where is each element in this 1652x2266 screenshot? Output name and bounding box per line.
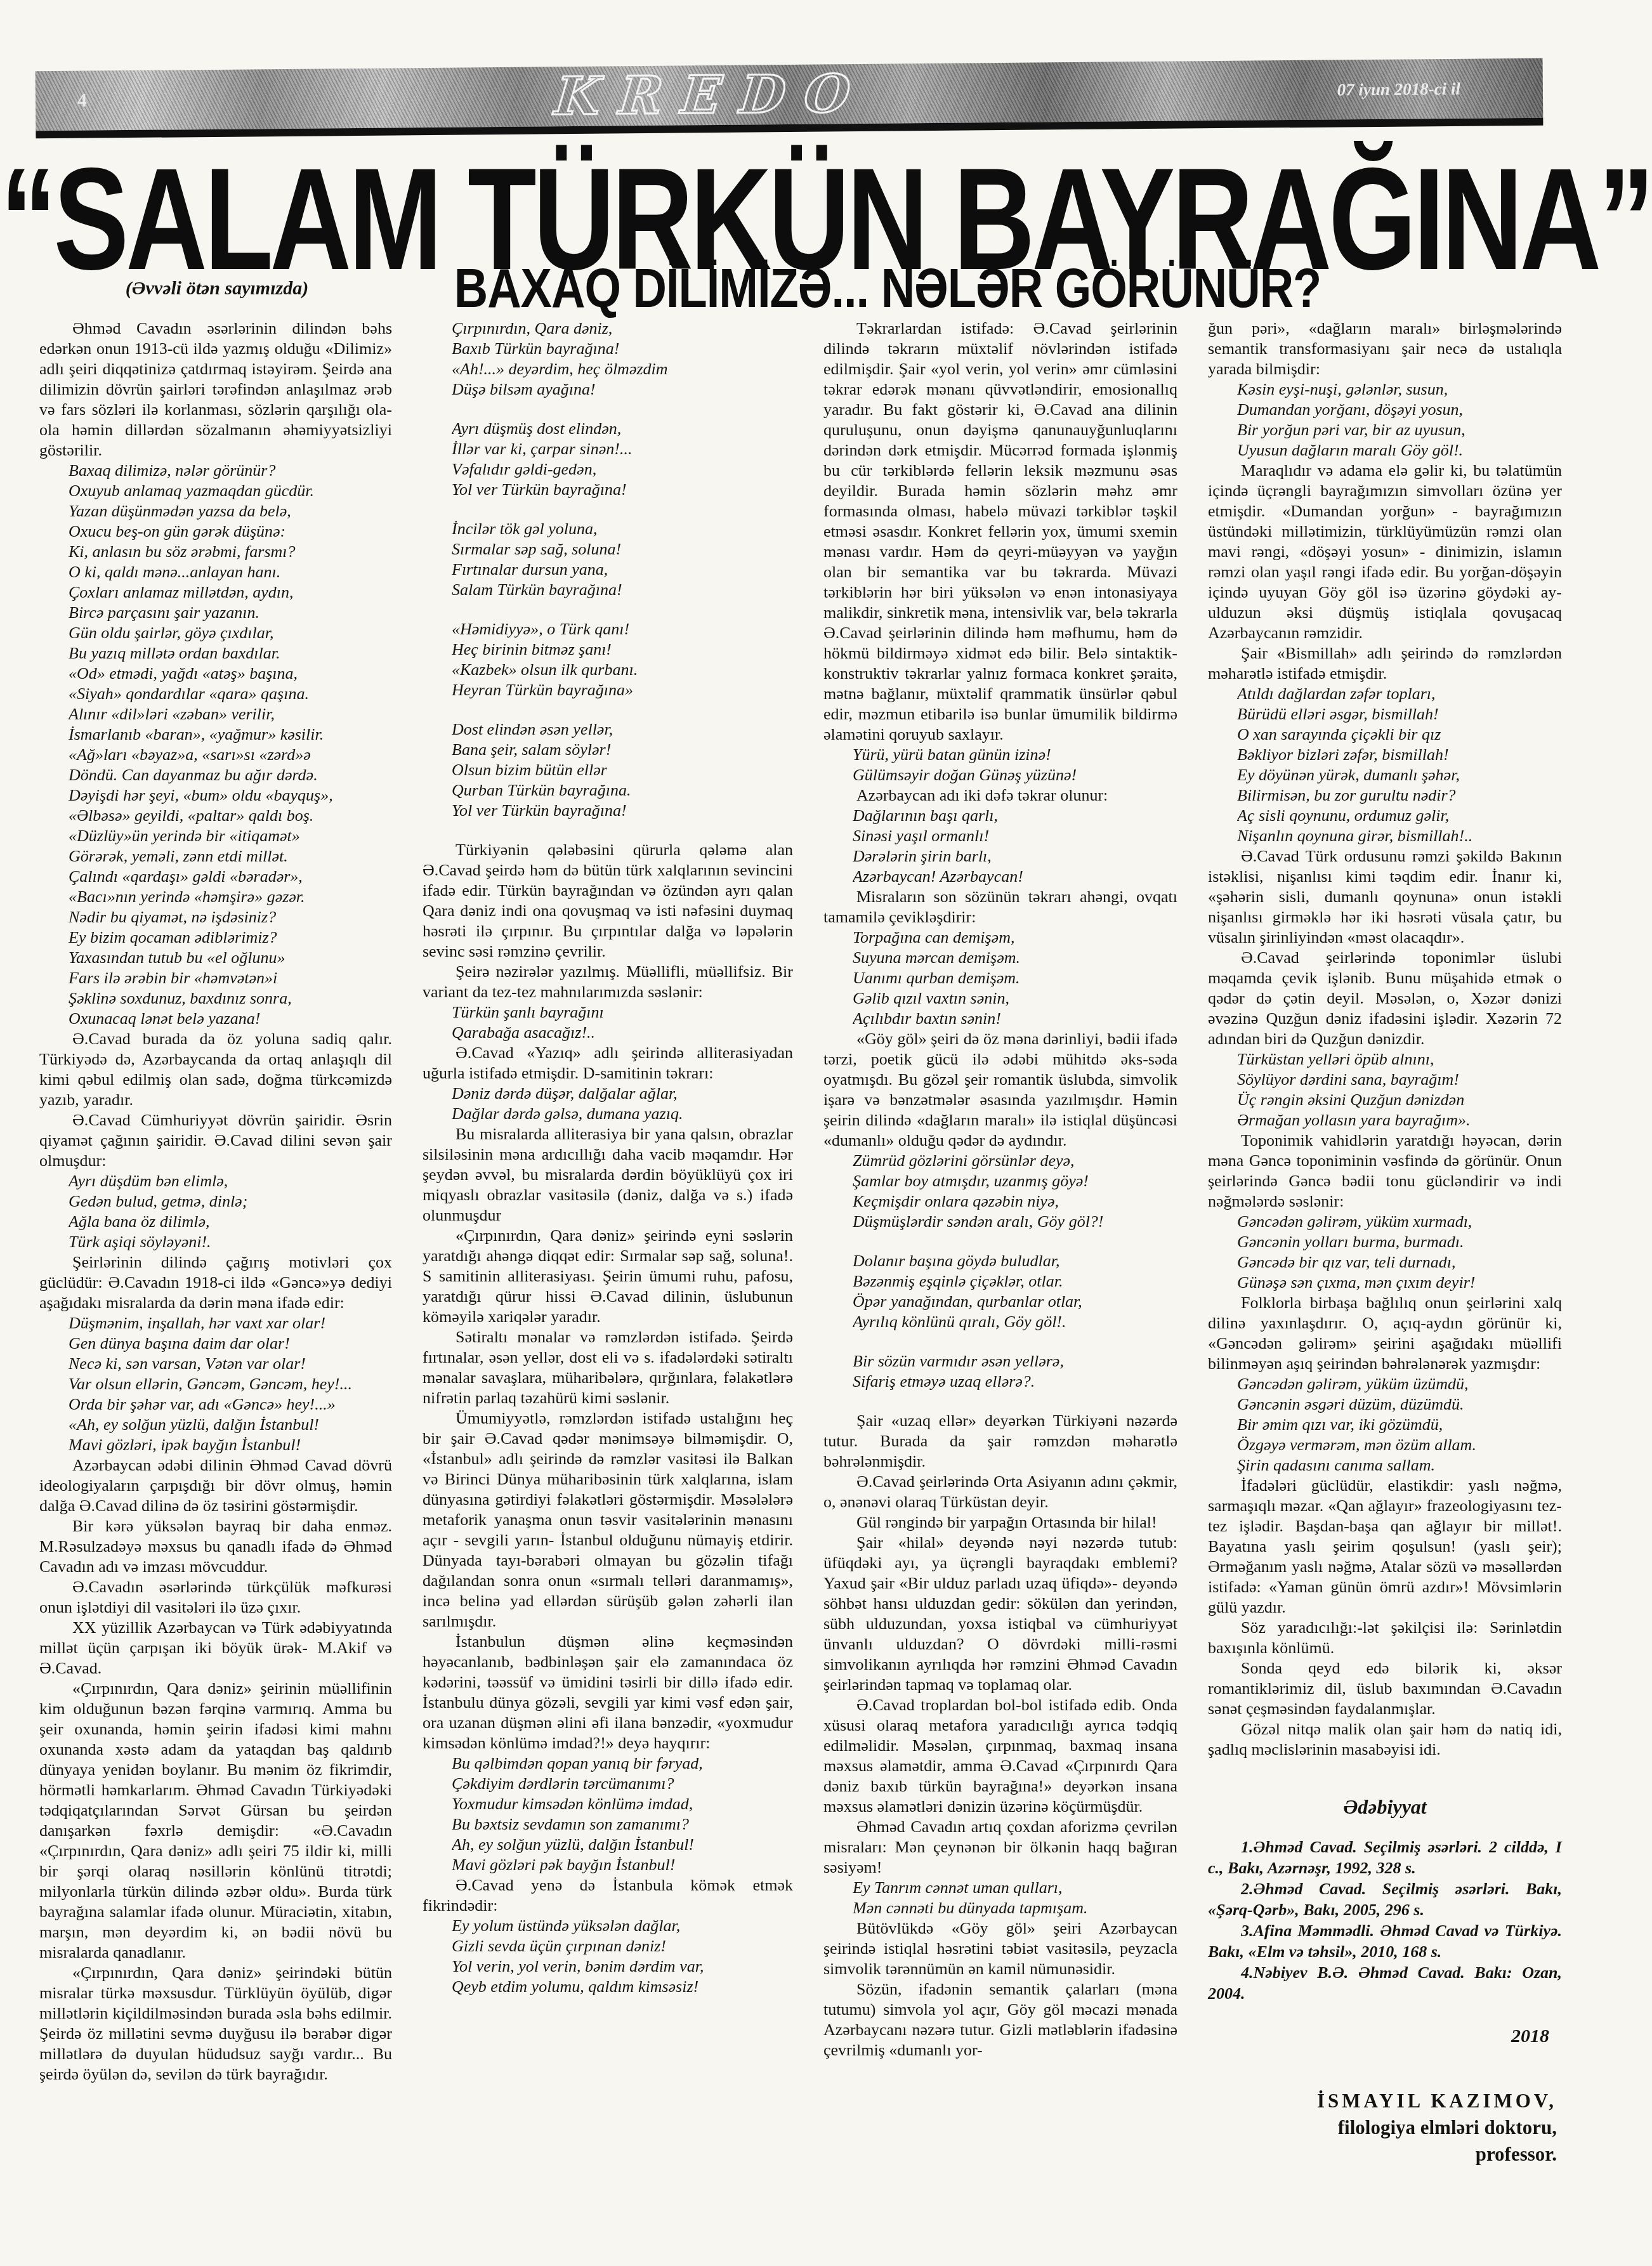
poem-line: Yol verin, yol verin, bənim dərdim var, [452,1956,793,1977]
article-paragraph: Ümumiyyətlə, rəmzlərdən istifadə ustalığ… [423,1408,793,1632]
poem-line: Ağla bana öz dilimlə, [69,1212,392,1232]
poem-line: Necə ki, sən varsan, Vətən var olar! [69,1354,392,1374]
poem-line: «Bacı»nın yerində «həmşirə» gəzər. [69,887,392,907]
poem-line: «Od» etmədi, yağdı «atəş» başına, [69,664,392,684]
poem-line: Dumandan yorğanı, döşəyi yosun, [1237,400,1562,420]
article-column-2: Çırpınırdın, Qara dəniz,Baxıb Türkün bay… [423,318,793,2168]
article-paragraph: Ə.Cavad Türk ordusunu rəmzi şəkildə Bakı… [1208,846,1562,948]
poem-line: Döndü. Can dayanmaz bu ağır dərdə. [69,765,392,785]
poem-line: Ah, ey solğun yüzlü, dalğın İstanbul! [452,1835,793,1855]
signature-line: İSMAYIL KAZIMOV, [1208,2088,1557,2114]
poem-line: Bircə parçasını şair yazanın. [69,603,392,623]
article-paragraph: Şeirə nəzirələr yazılmış. Müəllifli, müə… [423,962,793,1002]
poem-line: Türkün şanlı bayrağını [452,1002,793,1023]
poem-line: Ki, anlasın bu söz ərəbmi, farsmı? [69,542,392,562]
poem-stanza: Bir sözün varmıdır əsən yellərə,Sifariş … [853,1351,1177,1392]
poem-line: Uyusun dağların maralı Göy göl!. [1237,440,1562,461]
poem-line: Yol ver Türkün bayrağına! [452,480,793,500]
article-paragraph: Bütövlükdə «Göy göl» şeiri Azərbaycan şe… [823,1918,1177,1979]
article-paragraph: Azərbaycan ədəbi dilinin Əhməd Cavad döv… [39,1455,392,1516]
poem-line: Bürüdü elləri əsgər, bismillah! [1237,704,1562,724]
poem-line: Qarabağa asacağız!.. [452,1023,793,1043]
article-paragraph: Şair «uzaq ellər» deyərkən Türkiyəni nəz… [823,1411,1177,1472]
poem-line: Bu qəlbimdən qopan yanıq bir fəryad, [452,1753,793,1774]
poem-line: Ey bizim qocaman ədiblərimiz? [69,927,392,948]
article-paragraph: Şair «Bismillah» adlı şeirində də rəmzlə… [1208,643,1562,684]
poem-line: Gəncənin yolları burma, burmadı. [1237,1232,1562,1252]
poem-line: Qeyb etdim yolumu, qaldım kimsəsiz! [452,1977,793,1997]
poem-line: Gəncədən gəlirəm, yüküm üzümdü, [1237,1374,1562,1394]
poem-line: Gen dünya başına daim dar olar! [69,1333,392,1354]
poem-stanza: Baxaq dilimizə, nələr görünür?Oxuyub anl… [69,461,392,1029]
poem-stanza: Gəncədən gəlirəm, yüküm üzümdü,Gəncənin … [1237,1374,1562,1476]
poem-line: Çalındı «qardaşı» gəldi «bəradər», [69,867,392,887]
article-paragraph: Şeirlərinin dilində çağırış motivləri ço… [39,1252,392,1313]
poem-line: Orda bir şəhər var, adı «Gəncə» hey!...» [69,1394,392,1415]
poem-line: Dərələrin şirin barlı, [853,846,1177,867]
article-paragraph: Folklorla birbaşa bağlılıq onun şeirləri… [1208,1293,1562,1374]
poem-stanza: Çırpınırdın, Qara dəniz,Baxıb Türkün bay… [452,318,793,400]
poem-line: Suyuna mərcan demişəm. [853,948,1177,968]
poem-stanza: Zümrüd gözlərini görsünlər deyə,Şamlar b… [853,1151,1177,1232]
poem-stanza: Dost elindən əsən yellər,Bana şeir, sala… [452,719,793,821]
poem-line: Bir yorğun pəri var, bir az uyusun, [1237,420,1562,440]
poem-line: Fırtınalar dursun yana, [452,560,793,580]
poem-stanza: Düşmənim, inşallah, hər vaxt xar olar!Ge… [69,1313,392,1455]
article-paragraph: Misraların son sözünün təkrarı ahəngi, o… [823,887,1177,927]
poem-line: Sırmalar səp sağ, soluna! [452,539,793,560]
poem-line: Görərək, yeməli, zənn etdi millət. [69,846,392,867]
signature-line: filologiya elmləri doktoru, [1208,2114,1557,2141]
article-paragraph: Şair «hilal» deyəndə nəyi nəzərdə tutub:… [823,1533,1177,1695]
article-column-1: Əhməd Cavadın əsərlərinin dilindən bəhs … [39,318,392,2168]
poem-line: Aç sisli qoynunu, ordumuz gəlir, [1237,806,1562,826]
poem-line: Sifariş etməyə uzaq ellərə?. [853,1372,1177,1392]
poem-line: Bəkliyor bizləri zəfər, bismillah! [1237,745,1562,765]
poem-line: Oxuyub anlamaq yazmaqdan gücdür. [69,481,392,501]
poem-line: Olsun bizim bütün ellər [452,760,793,780]
bibliography-reference: 2.Əhməd Cavad. Seçilmiş əsərləri. Bakı, … [1208,1878,1562,1920]
article-columns: Əhməd Cavadın əsərlərinin dilindən bəhs … [39,318,1562,2168]
article-paragraph: Sözün, ifadənin semantik çalarları (məna… [823,1979,1177,2060]
newspaper-title: KREDO [84,59,1340,131]
poem-line: Şamlar boy atmışdır, uzanmış göyə! [853,1171,1177,1191]
poem-stanza: Ey Tanrım cənnət uman qulları,Mən cənnət… [853,1878,1177,1918]
poem-stanza: Gəncədən gəlirəm, yüküm xurmadı,Gəncənin… [1237,1212,1562,1293]
poem-line: İsmarlanıb «baran», «yağmur» kəsilir. [69,724,392,745]
poem-line: «Həmidiyyə», o Türk qanı! [452,619,793,639]
poem-line: «Kazbek» olsun ilk qurbanı. [452,660,793,680]
poem-stanza: Yürü, yürü batan günün izinə!Gülümsəyir … [853,745,1177,785]
poem-line: Açılıbdır baxtın sənin! [853,1009,1177,1029]
poem-stanza: Türkün şanlı bayrağınıQarabağa asacağız!… [452,1002,793,1043]
poem-line: Torpağına can demişəm, [853,927,1177,948]
poem-line: Heyran Türkün bayrağına» [452,680,793,700]
poem-line: Ayrı düşmüş dost elindən, [452,419,793,439]
poem-line: Alınır «dil»ləri «zəban» verilir, [69,704,392,724]
article-paragraph: Ə.Cavad burada da öz yoluna sadiq qalır.… [39,1029,392,1110]
poem-line: Dağlarının başı qarlı, [853,806,1177,826]
poem-line: Uanımı qurban demişəm. [853,968,1177,988]
bibliography-reference: 4.Nəbiyev B.Ə. Əhməd Cavad. Bakı: Ozan, … [1208,1962,1562,2004]
poem-stanza: Ayrı düşmüş dost elindən,İllər var ki, ç… [452,419,793,500]
poem-line: Yoxmudur kimsədən könlümə imdad, [452,1794,793,1814]
poem-line: Çəkdiyim dərdlərin tərcümanımı? [452,1774,793,1794]
poem-line: Heç birinin bitməz şanı! [452,639,793,660]
article-paragraph: Əhməd Cavadın artıq çoxdan aforizmə çevr… [823,1817,1177,1878]
poem-stanza: Ayrı düşdüm bən elimlə,Gedən bulud, getm… [69,1171,392,1252]
poem-line: Gəncədə bir qız var, teli durnadı, [1237,1252,1562,1273]
poem-line: Var olsun ellərin, Gəncəm, Gəncəm, hey!.… [69,1374,392,1394]
poem-line: Baxıb Türkün bayrağına! [452,339,793,359]
poem-line: Yürü, yürü batan günün izinə! [853,745,1177,765]
article-paragraph: Türkiyənin qələbəsini qürurla qələmə ala… [423,840,793,962]
article-paragraph: «Çırpınırdın, Qara dəniz» şeirinin müəll… [39,1679,392,1963]
newspaper-page: 4 KREDO 07 iyun 2018-ci il “SALAM TÜRKÜN… [0,0,1652,2266]
poem-line: Atıldı dağlardan zəfər topları, [1237,684,1562,704]
poem-line: Türküstan yelləri öpüb alnını, [1237,1049,1562,1070]
article-paragraph: Sonda qeyd edə bilərik ki, əksər romanti… [1208,1658,1562,1719]
article-paragraph: Ə.Cavad «Yazıq» adlı şeirində alliterasi… [423,1043,793,1084]
poem-line: İncilər tök gəl yoluna, [452,519,793,539]
article-paragraph: İstanbulun düşmən əlinə keçməsindən həyə… [423,1632,793,1753]
poem-line: O ki, qaldı mənə...anlayan hanı. [69,562,392,582]
poem-line: Yaxasından tutub bu «el oğlunu» [69,948,392,968]
poem-line: Nədir bu qiyamət, nə işdəsiniz? [69,907,392,927]
article-paragraph: XX yüzillik Azərbaycan və Türk ədəbiyyat… [39,1618,392,1679]
poem-line: Özgəyə vermərəm, mən özüm allam. [1237,1435,1562,1455]
poem-line: Dağlar dərdə gəlsə, dumana yazıq. [452,1104,793,1124]
article-paragraph: «Göy göl» şeiri də öz məna dərinliyi, bə… [823,1029,1177,1151]
poem-line: Şəklinə soxdunuz, baxdınız sonra, [69,988,392,1009]
article-year: 2018 [1208,2026,1562,2047]
poem-stanza: Torpağına can demişəm,Suyuna mərcan demi… [853,927,1177,1029]
article-paragraph: Gül rəngində bir yarpağın Ortasında bir … [823,1512,1177,1533]
article-paragraph: Ə.Cavad Cümhuriyyət dövrün şairidir. Əsr… [39,1110,392,1171]
poem-stanza: Dolanır başına göydə buludlar,Bəzənmiş e… [853,1251,1177,1332]
article-paragraph: «Çırpınırdın, Qara dəniz» şeirindəki büt… [39,1963,392,2085]
poem-line: Azərbaycan! Azərbaycan! [853,867,1177,887]
article-paragraph: Ə.Cavad şeirlərində Orta Asiyanın adını … [823,1472,1177,1512]
poem-line: «Ah, ey solğun yüzlü, dalğın İstanbul! [69,1415,392,1435]
poem-line: «Əlbəsə» geyildi, «paltar» qaldı boş. [69,806,392,826]
poem-stanza: İncilər tök gəl yoluna,Sırmalar səp sağ,… [452,519,793,600]
poem-stanza: «Həmidiyyə», o Türk qanı!Heç birinin bit… [452,619,793,700]
poem-line: Dəyişdi hər şeyi, «bum» oldu «bayquş», [69,785,392,806]
poem-line: O xan sarayında çiçəkli bir qız [1237,724,1562,745]
poem-line: Mən cənnəti bu dünyada tapmışam. [853,1898,1177,1918]
poem-line: Vəfalıdır gəldi-gedən, [452,459,793,480]
article-paragraph: Bir kərə yüksələn bayraq bir daha enməz.… [39,1516,392,1577]
poem-line: «Düzlüy»ün yerində bir «itiqamət» [69,826,392,846]
poem-line: Qurban Türkün bayrağına. [452,780,793,801]
continuation-note: (Əvvəli ötən sayımızda) [42,278,392,299]
bibliography-reference: 1.Əhməd Cavad. Seçilmiş əsərləri. 2 cild… [1208,1837,1562,1878]
poem-line: Ayrı düşdüm bən elimlə, [69,1171,392,1191]
poem-line: Türk aşiqi söyləyəni!. [69,1232,392,1252]
article-paragraph: Ə.Cavadın əsərlərində türkçülük məfkurəs… [39,1577,392,1618]
poem-line: Salam Türkün bayrağına! [452,580,793,600]
poem-line: Ey yolum üstündə yüksələn dağlar, [452,1916,793,1936]
poem-line: Ərmağan yollasın yara bayrağım». [1237,1110,1562,1130]
poem-line: Oxunacaq lənət belə yazana! [69,1009,392,1029]
poem-line: Şirin qadasını canıma sallam. [1237,1455,1562,1476]
poem-stanza: Kəsin eyşi-nuşi, gələnlər, susun,Dumanda… [1237,379,1562,461]
poem-line: Düşmüşlərdir səndən aralı, Göy göl?! [853,1212,1177,1232]
poem-line: Kəsin eyşi-nuşi, gələnlər, susun, [1237,379,1562,400]
poem-line: Gizli sevda üçün çırpınan dəniz! [452,1936,793,1956]
poem-line: Düşmənim, inşallah, hər vaxt xar olar! [69,1313,392,1333]
poem-line: Gülümsəyir doğan Günəş yüzünə! [853,765,1177,785]
poem-line: Çırpınırdın, Qara dəniz, [452,318,793,339]
poem-line: Dolanır başına göydə buludlar, [853,1251,1177,1271]
poem-stanza: Türküstan yelləri öpüb alnını,Söylüyor d… [1237,1049,1562,1130]
poem-line: Bir əmim qızı var, iki gözümdü, [1237,1415,1562,1435]
author-signature: İSMAYIL KAZIMOV,filologiya elmləri dokto… [1208,2088,1562,2168]
poem-line: «Ah!...» deyərdim, heç ölməzdim [452,359,793,379]
poem-line: Düşə bilsəm ayağına! [452,379,793,400]
issue-date: 07 iyun 2018-ci il [1337,79,1461,100]
article-paragraph: Ə.Cavad troplardan bol-bol istifadə edib… [823,1695,1177,1817]
sub-headline: BAXAQ DİLİMİZƏ... NƏLƏR GÖRÜNÜR? [391,256,1384,320]
poem-line: Bu yazıq millətə ordan baxdılar. [69,643,392,664]
poem-line: Gedən bulud, getmə, dinlə; [69,1191,392,1212]
poem-line: Ayrılıq könlünü qıralı, Göy göl!. [853,1312,1177,1332]
poem-line: Bu bəxtsiz sevdamın son zamanımı? [452,1814,793,1835]
article-paragraph: Əhməd Cavadın əsərlərinin dilindən bəhs … [39,318,392,461]
poem-stanza: Ey yolum üstündə yüksələn dağlar,Gizli s… [452,1916,793,1997]
poem-line: Mavi gözləri, ipək bayğın İstanbul! [69,1435,392,1455]
article-paragraph: Təkrarlardan istifadə: Ə.Cavad şeirlərin… [823,318,1177,745]
bibliography-reference: 3.Afina Məmmədli. Əhməd Cavad və Türkiyə… [1208,1920,1562,1962]
poem-line: Günəşə sən çıxma, mən çıxım deyir! [1237,1273,1562,1293]
poem-line: Fars ilə ərəbin bir «həmvətən»i [69,968,392,988]
article-paragraph: Bu misralarda alliterasiya bir yana qals… [423,1124,793,1226]
article-column-4: ğun pəri», «dağların maralı» birləşmələr… [1208,318,1562,2168]
poem-line: Sinəsi yaşıl ormanlı! [853,826,1177,846]
poem-stanza: Dəniz dərdə düşər, dalğalar ağlar,Dağlar… [452,1084,793,1124]
poem-line: Bilirmisən, bu zor gurultu nədir? [1237,785,1562,806]
poem-line: Mavi gözləri pək bayğın İstanbul! [452,1855,793,1875]
poem-line: Baxaq dilimizə, nələr görünür? [69,461,392,481]
poem-line: Çoxları anlamaz millətdən, aydın, [69,582,392,603]
poem-line: Gəlib qızıl vaxtın sənin, [853,988,1177,1009]
poem-stanza: Dağlarının başı qarlı,Sinəsi yaşıl orman… [853,806,1177,887]
poem-line: Ey Tanrım cənnət uman qulları, [853,1878,1177,1898]
article-paragraph: «Çırpınırdın, Qara dəniz» şeirində eyni … [423,1226,793,1327]
article-paragraph: Sətiraltı mənalar və rəmzlərdən istifadə… [423,1327,793,1408]
signature-line: professor. [1208,2141,1557,2168]
article-paragraph: Azərbaycan adı iki dəfə təkrar olunur: [823,785,1177,806]
article-paragraph: Maraqlıdır və adama elə gəlir ki, bu təl… [1208,461,1562,643]
poem-line: Oxucu beş-on gün gərək düşünə: [69,521,392,542]
article-paragraph: Ə.Cavad şeirlərində toponimlər üslubi mə… [1208,948,1562,1049]
poem-line: Öpər yanağından, qurbanlar otlar, [853,1292,1177,1312]
poem-line: Yazan düşünmədən yazsa da belə, [69,501,392,521]
poem-line: Yol ver Türkün bayrağına! [452,801,793,821]
poem-line: Nişanlın qoynuna girər, bismillah!.. [1237,826,1562,846]
poem-line: Keçmişdir onlara qəzəbin niyə, [853,1191,1177,1212]
article-paragraph: Toponimik vahidlərin yaratdığı həyəcan, … [1208,1130,1562,1212]
poem-line: Üç rəngin əksini Quzğun dənizdən [1237,1090,1562,1110]
poem-line: «Ağ»ları «bəyaz»a, «sarı»sı «zərd»ə [69,745,392,765]
poem-line: Ey döyünən yürək, dumanlı şəhər, [1237,765,1562,785]
poem-line: Gəncənin əsgəri düzüm, düzümdü. [1237,1394,1562,1415]
article-column-3: Təkrarlardan istifadə: Ə.Cavad şeirlərin… [823,318,1177,2168]
poem-line: Bir sözün varmıdır əsən yellərə, [853,1351,1177,1372]
poem-stanza: Bu qəlbimdən qopan yanıq bir fəryad,Çəkd… [452,1753,793,1875]
poem-line: Gün oldu şairlər, göyə çıxdılar, [69,623,392,643]
poem-line: Söylüyor dərdini sana, bayrağım! [1237,1070,1562,1090]
article-paragraph: Ə.Cavad yenə də İstanbula kömək etmək fi… [423,1875,793,1916]
poem-line: Gəncədən gəlirəm, yüküm xurmadı, [1237,1212,1562,1232]
poem-line: Bana şeir, salam söylər! [452,740,793,760]
poem-line: Zümrüd gözlərini görsünlər deyə, [853,1151,1177,1171]
poem-line: İllər var ki, çarpar sinən!... [452,439,793,459]
bibliography-heading: Ədəbiyyat [1208,1795,1562,1819]
poem-stanza: Atıldı dağlardan zəfər topları,Bürüdü el… [1237,684,1562,846]
poem-line: Dəniz dərdə düşər, dalğalar ağlar, [452,1084,793,1104]
article-paragraph: Gözəl nitqə malik olan şair həm də natiq… [1208,1719,1562,1760]
article-paragraph: ğun pəri», «dağların maralı» birləşmələr… [1208,318,1562,379]
article-paragraph: Söz yaradıcılığı:-lət şəkilçisi ilə: Sər… [1208,1618,1562,1658]
masthead-banner: 4 KREDO 07 iyun 2018-ci il [36,58,1544,139]
poem-line: Bəzənmiş eşqinlə çiçəklər, otlar. [853,1271,1177,1292]
poem-line: «Siyah» qondardılar «qara» qaşına. [69,684,392,704]
poem-line: Dost elindən əsən yellər, [452,719,793,740]
article-paragraph: İfadələri güclüdür, elastikdir: yaslı nə… [1208,1476,1562,1618]
